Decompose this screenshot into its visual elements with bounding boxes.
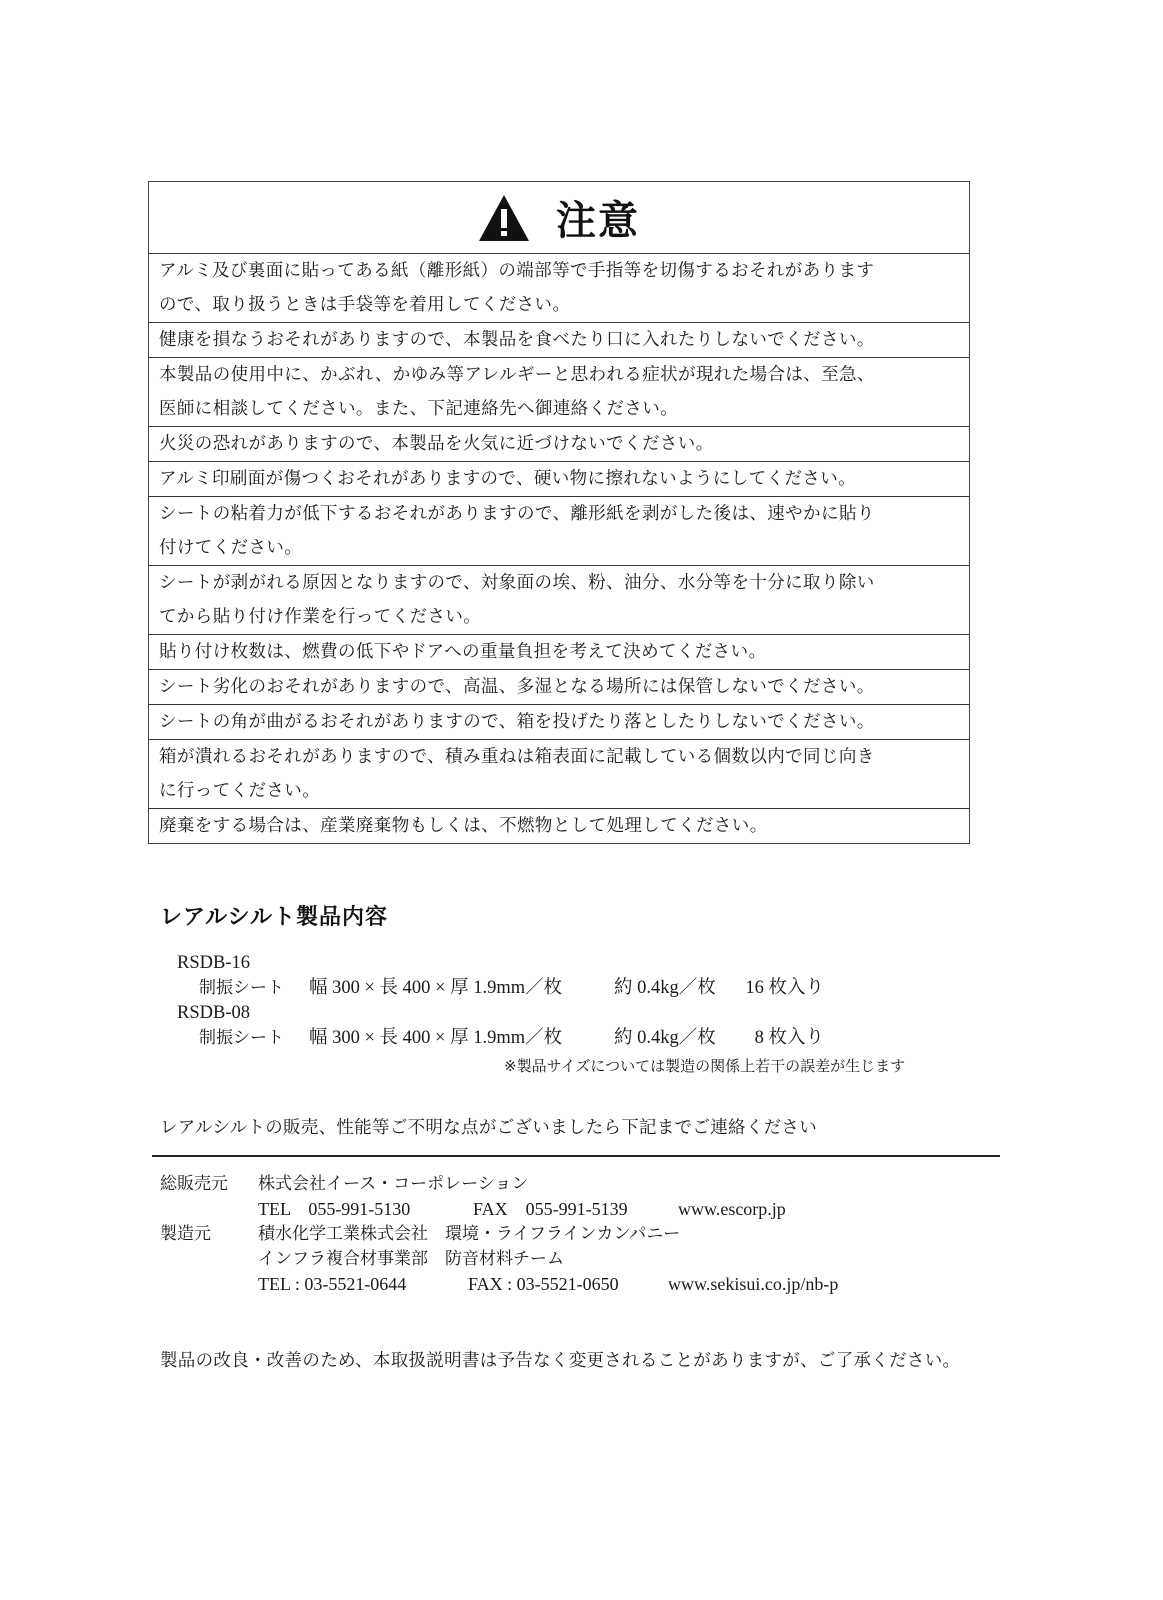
caution-item: 箱が潰れるおそれがありますので、積み重ねは箱表面に記載している個数以内で同じ向き… — [149, 740, 969, 809]
product-spec: 制振シート幅 300 × 長 400 × 厚 1.9mm／枚約 0.4kg／枚1… — [177, 976, 824, 1001]
product-model: RSDB-08 — [177, 1001, 824, 1026]
product-model: RSDB-16 — [177, 951, 824, 976]
product-item: RSDB-16 制振シート幅 300 × 長 400 × 厚 1.9mm／枚約 … — [177, 951, 824, 1001]
caution-item-line: 貼り付け枚数は、燃費の低下やドアへの重量負担を考えて決めてください。 — [159, 635, 959, 669]
caution-item: シート劣化のおそれがありますので、高温、多湿となる場所には保管しないでください。 — [149, 670, 969, 705]
caution-item: シートが剥がれる原因となりますので、対象面の埃、粉、油分、水分等を十分に取り除い… — [149, 566, 969, 635]
revision-notice: 製品の改良・改善のため、本取扱説明書は予告なく変更されることがありますが、ご了承… — [160, 1344, 980, 1378]
product-quantity: 16 枚入り — [744, 976, 824, 1001]
caution-item-line: シートの角が曲がるおそれがありますので、箱を投げたり落としたりしないでください。 — [159, 705, 959, 739]
inquiry-text: レアルシルトの販売、性能等ご不明な点がございましたら下記までご連絡ください — [160, 1114, 817, 1139]
distributor-tel: TEL 055-991-5130 — [258, 1197, 473, 1222]
caution-item-line: に行ってください。 — [159, 774, 959, 808]
divider — [152, 1155, 1000, 1157]
caution-item-line: アルミ及び裏面に貼ってある紙（離形紙）の端部等で手指等を切傷するおそれがあります — [159, 254, 959, 288]
distributor-role: 総販売元 — [160, 1172, 258, 1197]
caution-item-line: 火災の恐れがありますので、本製品を火気に近づけないでください。 — [159, 427, 959, 461]
caution-item: 廃棄をする場合は、産業廃棄物もしくは、不燃物として処理してください。 — [149, 809, 969, 843]
product-weight: 約 0.4kg／枚 — [614, 976, 744, 1001]
contact-info: 総販売元 株式会社イース・コーポレーション TEL 055-991-5130FA… — [160, 1172, 1000, 1297]
manufacturer-row: 製造元 積水化学工業株式会社 環境・ライフラインカンパニー — [160, 1222, 1000, 1247]
distributor-website[interactable]: www.escorp.jp — [678, 1197, 786, 1222]
caution-item: 火災の恐れがありますので、本製品を火気に近づけないでください。 — [149, 427, 969, 462]
caution-item: 健康を損なうおそれがありますので、本製品を食べたり口に入れたりしないでください。 — [149, 323, 969, 358]
caution-item-line: てから貼り付け作業を行ってください。 — [159, 600, 959, 634]
caution-list: アルミ及び裏面に貼ってある紙（離形紙）の端部等で手指等を切傷するおそれがあります… — [149, 254, 969, 843]
caution-item-line: 本製品の使用中に、かぶれ、かゆみ等アレルギーと思われる症状が現れた場合は、至急、 — [159, 358, 959, 392]
caution-item: 貼り付け枚数は、燃費の低下やドアへの重量負担を考えて決めてください。 — [149, 635, 969, 670]
caution-item-line: 箱が潰れるおそれがありますので、積み重ねは箱表面に記載している個数以内で同じ向き — [159, 740, 959, 774]
caution-header: 注意 — [149, 182, 969, 254]
size-tolerance-note: ※製品サイズについては製造の関係上若干の誤差が生じます — [504, 1055, 905, 1076]
caution-title: 注意 — [556, 189, 640, 246]
manufacturer-division-row: インフラ複合材事業部 防音材料チーム — [160, 1247, 1000, 1272]
caution-item: シートの粘着力が低下するおそれがありますので、離形紙を剥がした後は、速やかに貼り… — [149, 497, 969, 566]
product-dimensions: 幅 300 × 長 400 × 厚 1.9mm／枚 — [309, 976, 614, 1001]
caution-item: アルミ印刷面が傷つくおそれがありますので、硬い物に擦れないようにしてください。 — [149, 462, 969, 497]
manufacturer-fax: FAX : 03-5521-0650 — [468, 1272, 668, 1297]
manufacturer-role: 製造元 — [160, 1222, 258, 1247]
manufacturer-tel: TEL : 03-5521-0644 — [258, 1272, 468, 1297]
product-dimensions: 幅 300 × 長 400 × 厚 1.9mm／枚 — [309, 1026, 614, 1051]
product-label: 制振シート — [199, 1026, 309, 1051]
distributor-contact-row: TEL 055-991-5130FAX 055-991-5139www.esco… — [160, 1197, 1000, 1222]
manufacturer-contact-row: TEL : 03-5521-0644FAX : 03-5521-0650www.… — [160, 1272, 1000, 1297]
caution-table: 注意 アルミ及び裏面に貼ってある紙（離形紙）の端部等で手指等を切傷するおそれがあ… — [148, 181, 970, 844]
caution-item: 本製品の使用中に、かぶれ、かゆみ等アレルギーと思われる症状が現れた場合は、至急、… — [149, 358, 969, 427]
caution-item-line: ので、取り扱うときは手袋等を着用してください。 — [159, 288, 959, 322]
products-heading: レアルシルト製品内容 — [160, 900, 388, 931]
manufacturer-division: インフラ複合材事業部 防音材料チーム — [258, 1247, 564, 1272]
distributor-fax: FAX 055-991-5139 — [473, 1197, 678, 1222]
distributor-name: 株式会社イース・コーポレーション — [258, 1172, 528, 1197]
product-item: RSDB-08 制振シート幅 300 × 長 400 × 厚 1.9mm／枚約 … — [177, 1001, 824, 1051]
caution-item-line: 医師に相談してください。また、下記連絡先へ御連絡ください。 — [159, 392, 959, 426]
caution-item: アルミ及び裏面に貼ってある紙（離形紙）の端部等で手指等を切傷するおそれがあります… — [149, 254, 969, 323]
caution-item-line: シートが剥がれる原因となりますので、対象面の埃、粉、油分、水分等を十分に取り除い — [159, 566, 959, 600]
caution-item-line: 健康を損なうおそれがありますので、本製品を食べたり口に入れたりしないでください。 — [159, 323, 959, 357]
manufacturer-website[interactable]: www.sekisui.co.jp/nb-p — [668, 1272, 838, 1297]
warning-triangle-icon — [478, 194, 530, 242]
caution-item: シートの角が曲がるおそれがありますので、箱を投げたり落としたりしないでください。 — [149, 705, 969, 740]
caution-item-line: 廃棄をする場合は、産業廃棄物もしくは、不燃物として処理してください。 — [159, 809, 959, 843]
product-weight: 約 0.4kg／枚 — [614, 1026, 744, 1051]
caution-item-line: シート劣化のおそれがありますので、高温、多湿となる場所には保管しないでください。 — [159, 670, 959, 704]
manufacturer-name: 積水化学工業株式会社 環境・ライフラインカンパニー — [258, 1222, 680, 1247]
caution-item-line: シートの粘着力が低下するおそれがありますので、離形紙を剥がした後は、速やかに貼り — [159, 497, 959, 531]
caution-item-line: 付けてください。 — [159, 531, 959, 565]
product-spec: 制振シート幅 300 × 長 400 × 厚 1.9mm／枚約 0.4kg／枚8… — [177, 1026, 824, 1051]
product-label: 制振シート — [199, 976, 309, 1001]
caution-item-line: アルミ印刷面が傷つくおそれがありますので、硬い物に擦れないようにしてください。 — [159, 462, 959, 496]
product-quantity: 8 枚入り — [744, 1026, 824, 1051]
distributor-row: 総販売元 株式会社イース・コーポレーション — [160, 1172, 1000, 1197]
